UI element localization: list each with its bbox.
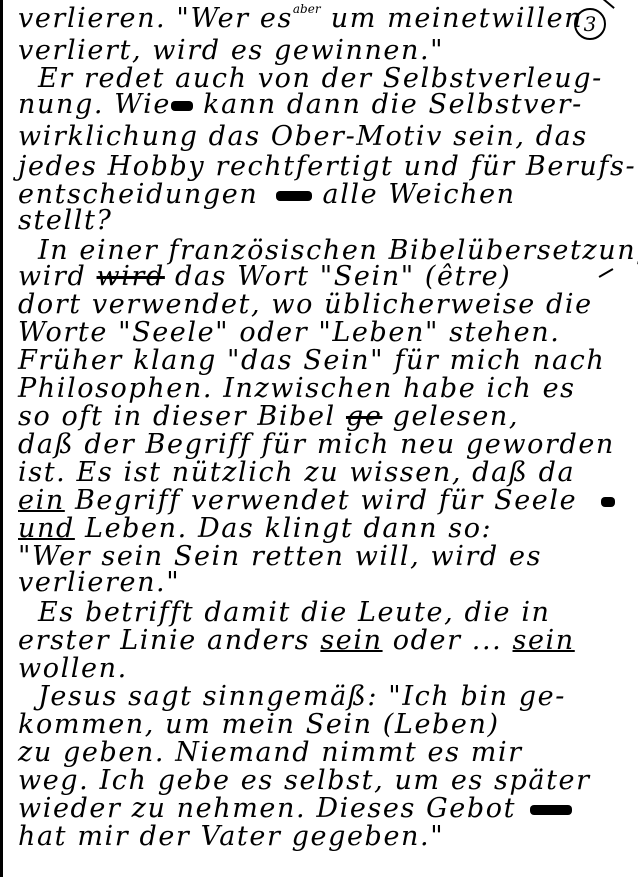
text-line: wird wird das Wort "Sein" (être) bbox=[18, 262, 511, 292]
text-line: nung. Wie kann dann die Selbstver- bbox=[18, 90, 583, 120]
text-line: Jesus sagt sinngemäß: "Ich bin ge- bbox=[38, 682, 566, 712]
text-line: dort verwendet, wo üblicherweise die bbox=[18, 290, 593, 320]
text-line: Philosophen. Inzwischen habe ich es bbox=[18, 374, 576, 404]
text-line: Worte "Seele" oder "Leben" stehen. bbox=[18, 318, 560, 348]
margin-mark bbox=[601, 0, 615, 9]
text-line: stellt? bbox=[18, 206, 112, 236]
text-line: jedes Hobby rechtfertigt und für Berufs- bbox=[18, 152, 636, 182]
text-line: zu geben. Niemand nimmt es mir bbox=[18, 738, 523, 768]
scribble-mark bbox=[171, 101, 193, 111]
text-line: kommen, um mein Sein (Leben) bbox=[18, 710, 500, 740]
text-line: hat mir der Vater gegeben." bbox=[18, 822, 444, 852]
text-line: ist. Es ist nützlich zu wissen, daß da bbox=[18, 458, 575, 488]
text-line: verlieren. "Wer esaber um meinetwillen bbox=[18, 4, 583, 38]
text-line: wirklichung das Ober-Motiv sein, das bbox=[18, 122, 588, 152]
text-line: daß der Begriff für mich neu geworden bbox=[18, 430, 615, 460]
text-line: Es betrifft damit die Leute, die in bbox=[38, 598, 551, 628]
scribble-mark bbox=[601, 497, 615, 507]
text-line: verlieren." bbox=[18, 568, 180, 598]
text-line: wieder zu nehmen. Dieses Gebot bbox=[18, 794, 572, 824]
scan-edge bbox=[0, 0, 3, 877]
text-line: so oft in dieser Bibel ge gelesen, bbox=[18, 402, 519, 432]
text-line: ein Begriff verwendet wird für Seele bbox=[18, 486, 615, 516]
handwritten-page: 3 verlieren. "Wer esaber um meinetwillen… bbox=[0, 0, 638, 877]
text-line: erster Linie anders sein oder ... sein bbox=[18, 626, 575, 656]
text-line: und Leben. Das klingt dann so: bbox=[18, 514, 492, 544]
scribble-mark bbox=[276, 191, 312, 201]
text-line: Früher klang "das Sein" für mich nach bbox=[18, 346, 605, 376]
scribble-mark bbox=[530, 805, 572, 815]
text-line: weg. Ich gebe es selbst, um es später bbox=[18, 766, 591, 796]
text-line: wollen. bbox=[18, 654, 128, 684]
margin-mark bbox=[599, 268, 614, 278]
text-line: verliert, wird es gewinnen." bbox=[18, 36, 444, 66]
